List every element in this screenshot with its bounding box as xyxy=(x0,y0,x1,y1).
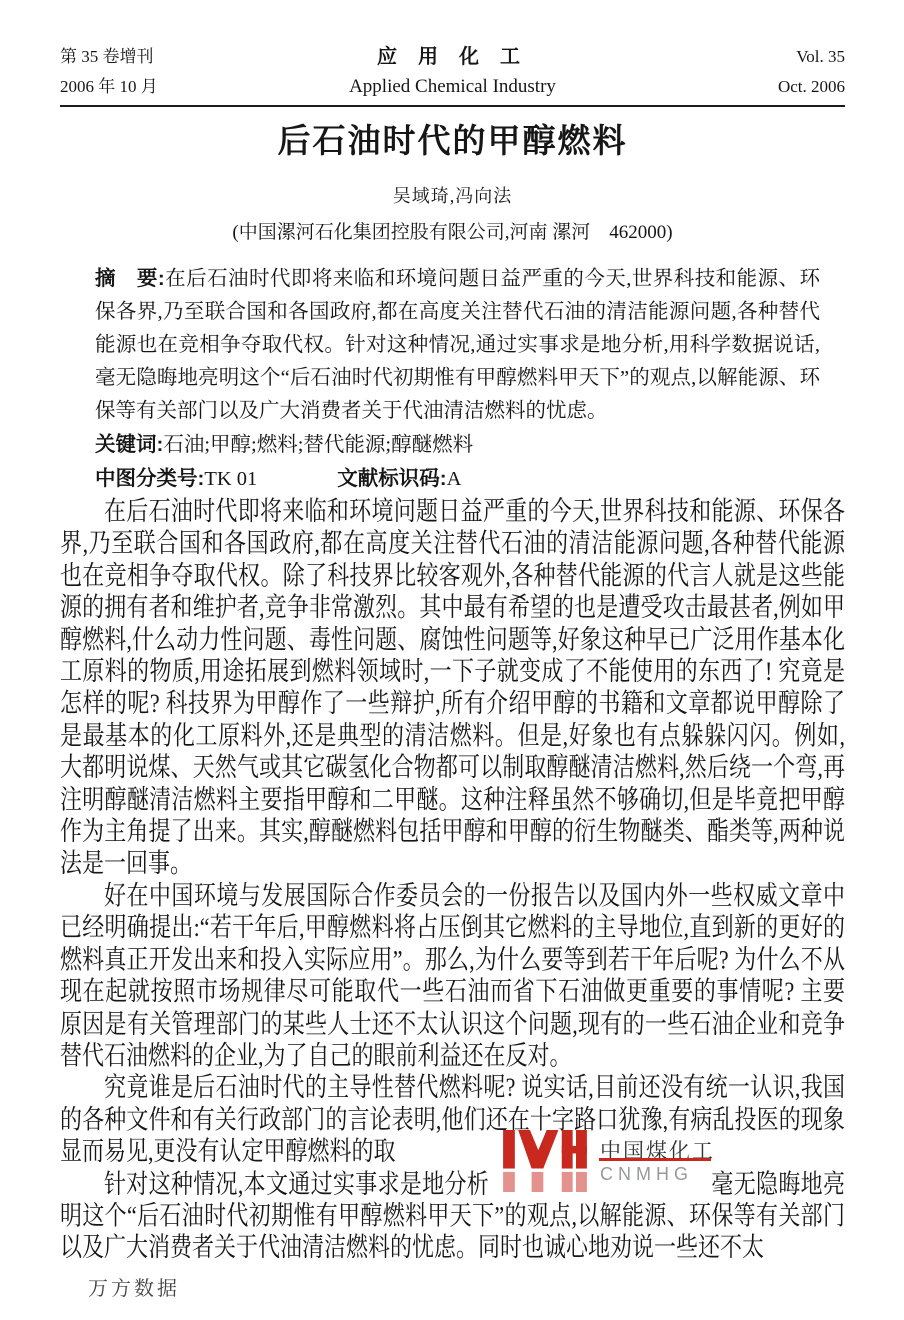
doc-code-label: 文献标识码: xyxy=(337,467,446,490)
abstract-text: 在后石油时代即将来临和环境问题日益严重的今天,世界科技和能源、环保各界,乃至联合… xyxy=(95,268,820,422)
body-paragraph-4: 针对这种情况,本文通过实事求是地分析毫无隐晦地亮明这个“后石油时代初期惟有甲醇燃… xyxy=(60,1168,845,1264)
journal-header-right: Vol. 35 Oct. 2006 xyxy=(630,42,845,102)
watermark-name-en: CNMHG xyxy=(600,1164,693,1185)
journal-volume-cn: 第 35 卷增刊 xyxy=(60,42,275,72)
watermark-underline xyxy=(599,1158,711,1161)
keywords-text: 石油;甲醇;燃料;替代能源;醇醚燃料 xyxy=(163,434,473,456)
clc-label: 中图分类号: xyxy=(95,467,204,490)
abstract-paragraph: 摘 要:在后石油时代即将来临和环境问题日益严重的今天,世界科技和能源、环保各界,… xyxy=(95,262,820,428)
classification-line: 中图分类号:TK 01文献标识码:A xyxy=(95,462,820,496)
doc-code-value: A xyxy=(447,468,462,490)
page-content: 第 35 卷增刊 2006 年 10 月 应 用 化 工 Applied Che… xyxy=(0,0,904,1130)
wanfang-data-watermark: 万方数据 xyxy=(88,1272,180,1301)
keywords-line: 关键词:石油;甲醇;燃料;替代能源;醇醚燃料 xyxy=(95,428,820,462)
body-paragraph-2: 好在中国环境与发展国际合作委员会的一份报告以及国内外一些权威文章中已经明确提出:… xyxy=(60,880,845,1072)
journal-date-cn: 2006 年 10 月 xyxy=(60,72,275,102)
journal-volume-en: Vol. 35 xyxy=(630,42,845,72)
journal-date-en: Oct. 2006 xyxy=(630,72,845,102)
journal-title-cn: 应 用 化 工 xyxy=(275,42,630,72)
keywords-label: 关键词: xyxy=(95,433,163,456)
paragraph4-before-watermark: 针对这种情况,本文通过实事求是地分析 xyxy=(104,1168,489,1198)
article-title: 后石油时代的甲醇燃料 xyxy=(60,122,845,162)
journal-title-en: Applied Chemical Industry xyxy=(275,72,630,102)
article-affiliation: (中国漯河石化集团控股有限公司,河南 漯河 462000) xyxy=(60,221,845,245)
scanned-paper-page: 第 35 卷增刊 2006 年 10 月 应 用 化 工 Applied Che… xyxy=(0,0,904,1320)
journal-header: 第 35 卷增刊 2006 年 10 月 应 用 化 工 Applied Che… xyxy=(60,0,845,102)
abstract-block: 摘 要:在后石油时代即将来临和环境问题日益严重的今天,世界科技和能源、环保各界,… xyxy=(95,262,820,493)
header-divider xyxy=(60,105,845,107)
journal-header-left: 第 35 卷增刊 2006 年 10 月 xyxy=(60,42,275,102)
coal-chem-logo-icon xyxy=(502,1130,588,1192)
article-authors: 吴域琦,冯向法 xyxy=(60,185,845,207)
journal-header-center: 应 用 化 工 Applied Chemical Industry xyxy=(275,42,630,102)
clc-value: TK 01 xyxy=(204,468,257,490)
body-paragraph-1: 在后石油时代即将来临和环境问题日益严重的今天,世界科技和能源、环保各界,乃至联合… xyxy=(60,496,845,880)
abstract-label: 摘 要: xyxy=(95,267,165,290)
